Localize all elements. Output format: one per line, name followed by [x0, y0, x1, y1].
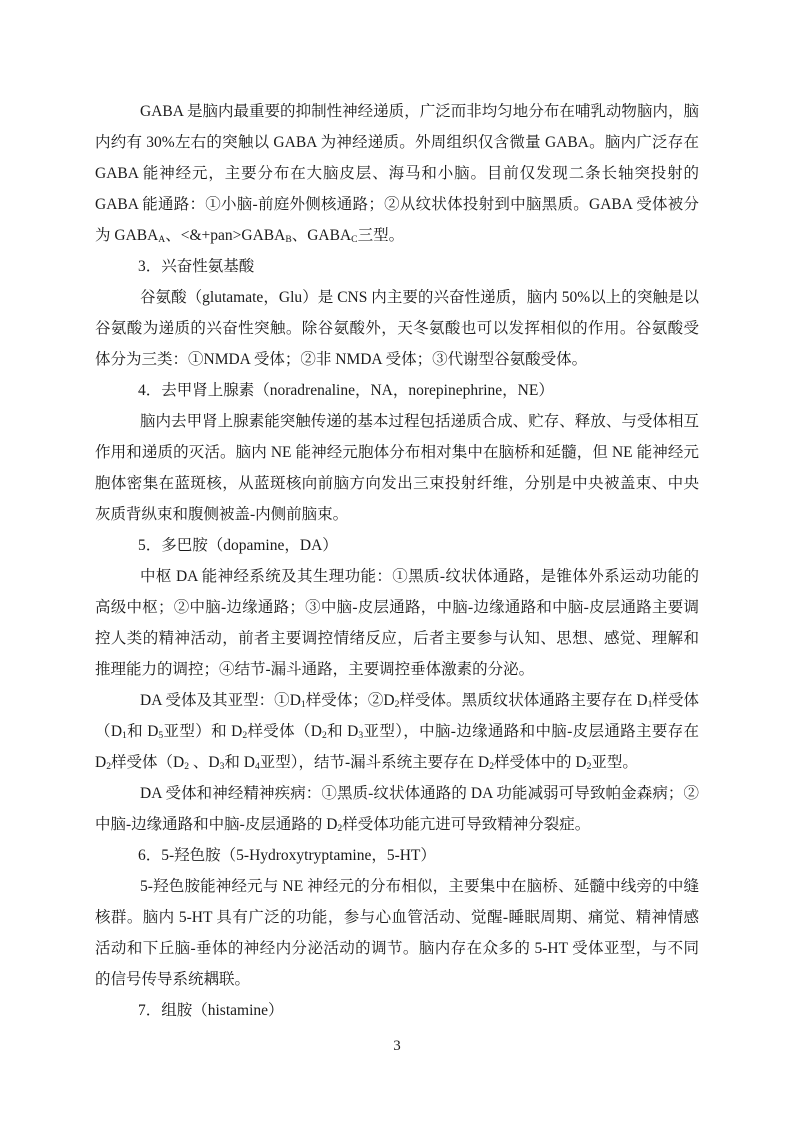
body-paragraph: 中枢 DA 能神经系统及其生理功能：①黑质-纹状体通路，是锥体外系运动功能的高级… — [95, 561, 699, 685]
body-paragraph: DA 受体及其亚型：①D1样受体；②D2样受体。黑质纹状体通路主要存在 D1样受… — [95, 685, 699, 778]
body-paragraph: DA 受体和神经精神疾病：①黑质-纹状体通路的 DA 功能减弱可导致帕金森病；②… — [95, 778, 699, 840]
section-heading: 4．去甲肾上腺素（noradrenaline，NA，norepinephrine… — [95, 375, 699, 406]
section-heading: 7．组胺（histamine） — [95, 995, 699, 1026]
section-heading: 5．多巴胺（dopamine，DA） — [95, 530, 699, 561]
body-paragraph: 谷氨酸（glutamate，Glu）是 CNS 内主要的兴奋性递质，脑内 50%… — [95, 282, 699, 375]
document-body-text: GABA 是脑内最重要的抑制性神经递质，广泛而非均匀地分布在哺乳动物脑内，脑内约… — [95, 96, 699, 1026]
document-page: GABA 是脑内最重要的抑制性神经递质，广泛而非均匀地分布在哺乳动物脑内，脑内约… — [0, 0, 793, 1122]
section-heading: 3．兴奋性氨基酸 — [95, 251, 699, 282]
page-number: 3 — [393, 1038, 401, 1054]
body-paragraph: 5-羟色胺能神经元与 NE 神经元的分布相似，主要集中在脑桥、延髓中线旁的中缝核… — [95, 871, 699, 995]
body-paragraph: 脑内去甲肾上腺素能突触传递的基本过程包括递质合成、贮存、释放、与受体相互作用和递… — [95, 406, 699, 530]
body-paragraph: GABA 是脑内最重要的抑制性神经递质，广泛而非均匀地分布在哺乳动物脑内，脑内约… — [95, 96, 699, 251]
section-heading: 6．5-羟色胺（5-Hydroxytryptamine，5-HT） — [95, 840, 699, 871]
page-footer: 3 — [95, 1036, 699, 1056]
